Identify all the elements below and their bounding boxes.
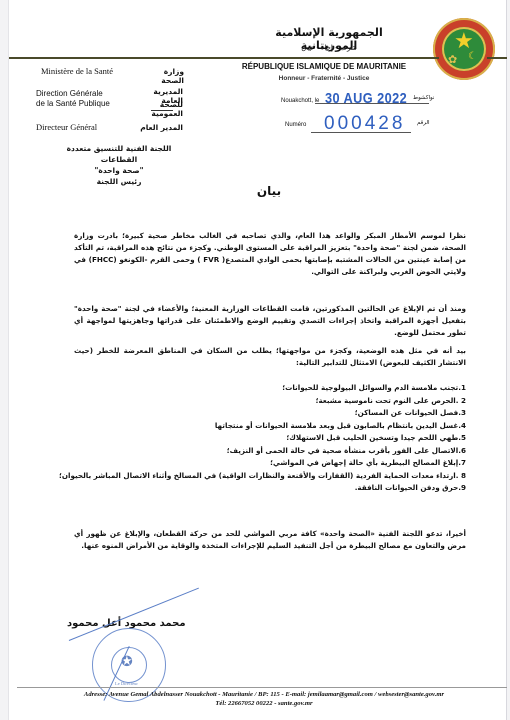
date-stamp: 30 AUG 2022 <box>325 90 407 107</box>
crescent-icon: ☾ <box>468 51 477 62</box>
ministry-ar: وزارة الصحة <box>139 67 184 85</box>
measure-item: 3.فصل الحيوانات عن المساكن؛ <box>74 407 466 420</box>
ministry-fr: Ministère de la Santé <box>41 66 113 76</box>
footer-contact: Tél: 22667052 00222 - sante.gov.mr <box>21 700 507 707</box>
measure-item: 6.الاتصال على الفور بأقرب منشأة صحية في … <box>74 445 466 458</box>
number-label: Numéro <box>285 122 306 128</box>
emblem-inner-circle: ★ ✿ ☾ <box>442 27 486 71</box>
measure-item: 4.غسل اليدين بانتظام بالصابون قبل وبعد م… <box>74 420 466 433</box>
direction-fr-line1: Direction Générale <box>36 89 103 98</box>
footer-divider <box>17 687 507 688</box>
direction-ar-line2: للصحة العمومية <box>129 100 183 118</box>
number-label-ar: الرقم <box>417 120 430 126</box>
paragraph-2: ومنذ أن تم الإبلاغ عن الحالتين المذكورتي… <box>74 303 466 339</box>
header-french-title: RÉPUBLIQUE ISLAMIQUE DE MAURITANIE <box>239 62 409 71</box>
palm-icon: ✿ <box>448 53 457 66</box>
document-page: ★ ✿ ☾ الجمهورية الإسلامية الموريتانية شر… <box>8 0 507 720</box>
header-arabic-motto: شرف - إخاء - عدل <box>259 44 399 52</box>
committee-subtitle: "صحة واحدة" <box>49 165 189 176</box>
measure-item: 9.حرق ودفن الحيوانات النافقة. <box>74 482 466 495</box>
paragraph-3: بيد أنه في مثل هذه الوضعية، وكجزء من موا… <box>74 345 466 369</box>
star-icon: ★ <box>454 31 474 53</box>
committee-name: اللجنة الفنية للتنسيق متعددة القطاعات <box>49 143 189 165</box>
direction-underline <box>151 110 173 111</box>
place-label: Nouakchott, le <box>281 98 319 104</box>
direction-fr-line2: de la Santé Publique <box>36 99 110 108</box>
measures-list: 1.تجنب ملامسة الدم والسوائل البيولوجية ل… <box>74 382 466 495</box>
stamp-center: ✪ <box>111 647 147 683</box>
director-fr: Directeur Général <box>36 122 97 132</box>
closing-paragraph: أخيرا، تدعو اللجنة الفنية «الصحة واحدة» … <box>74 528 466 552</box>
date-line <box>315 103 429 104</box>
measure-item: 1.تجنب ملامسة الدم والسوائل البيولوجية ل… <box>74 382 466 395</box>
measure-item: 7.إبلاغ المصالح البيطرية بأي حالة إجهاض … <box>74 457 466 470</box>
header-divider <box>9 57 439 59</box>
director-ar: المدير العام <box>133 123 183 132</box>
committee-chair: رئيس اللجنة <box>49 176 189 187</box>
place-label-ar: نواكشوط <box>413 95 434 101</box>
measure-item: 8 .ارتداء معدات الحماية الفردية (القفازا… <box>74 470 466 483</box>
measure-item: 2 .الحرص على النوم تحت ناموسية مشبعة؛ <box>74 395 466 408</box>
header-french-motto: Honneur - Fraternité - Justice <box>249 75 399 82</box>
stamp-text: Le Directeur <box>115 681 138 686</box>
document-title: بيان <box>239 184 299 198</box>
committee-block: اللجنة الفنية للتنسيق متعددة القطاعات "ص… <box>49 143 189 187</box>
paragraph-1: نظرا لموسم الأمطار المبكر والواعد هذا ال… <box>74 230 466 278</box>
coat-of-arms-emblem-icon: ★ ✿ ☾ <box>433 18 495 80</box>
number-line <box>311 132 411 133</box>
footer-address: Adresse: Avenue Gemal Abdelnasser Nouakc… <box>21 691 507 698</box>
header-divider-right <box>487 57 507 59</box>
measure-item: 5.طهي اللحم جيدا وتسخين الحليب قبل الاست… <box>74 432 466 445</box>
